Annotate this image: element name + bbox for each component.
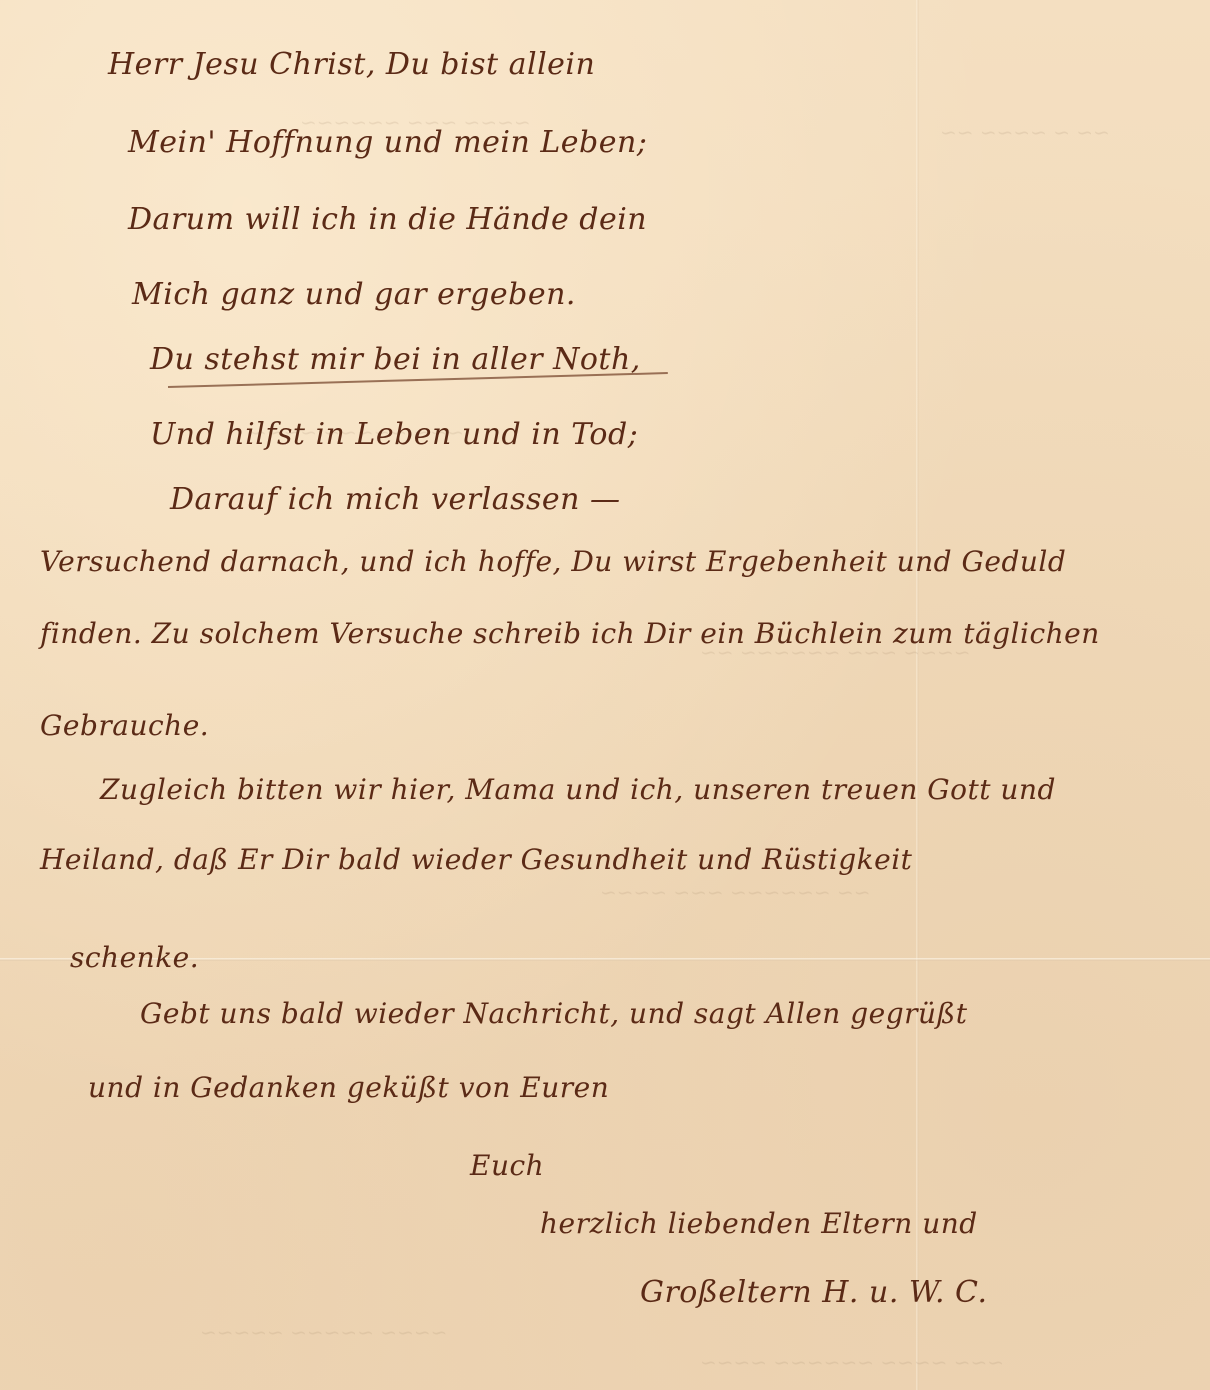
bleed-through-text: ~~~~ ~~~~~ ~~~~~ — [200, 1320, 447, 1344]
paragraph-2-line-2: Heiland, daß Er Dir bald wieder Gesundhe… — [40, 846, 912, 874]
bleed-through-text: ~~ ~ ~~~~ ~~ — [940, 120, 1110, 144]
closing-line-1: herzlich liebenden Eltern und — [540, 1210, 978, 1238]
bleed-through-text: ~~~ ~~~~ ~~~~~~ ~~~~ — [700, 1350, 1004, 1374]
paragraph-1-line-2: finden. Zu solchem Versuche schreib ich … — [40, 620, 1100, 648]
paper-fold-vertical — [916, 0, 919, 1390]
paragraph-1-line-3: Gebrauche. — [40, 712, 209, 740]
hymn-line-3: Darum will ich in die Hände dein — [128, 205, 647, 235]
hymn-line-7: Darauf ich mich verlassen — — [170, 485, 621, 515]
paragraph-3-line-1: Gebt uns bald wieder Nachricht, und sagt… — [140, 1000, 968, 1028]
hymn-line-1: Herr Jesu Christ, Du bist allein — [108, 50, 595, 80]
hymn-line-5: Du stehst mir bei in aller Noth, — [150, 345, 641, 375]
paragraph-2-line-3: schenke. — [70, 944, 199, 972]
hymn-line-6: Und hilfst in Leben und in Tod; — [150, 420, 638, 450]
letter-page: ~~ ~ ~~~~ ~~ ~~~~ ~~~ ~~~~~~ ~~~ ~~~~~ ~… — [0, 0, 1210, 1390]
paragraph-2-line-1: Zugleich bitten wir hier, Mama und ich, … — [100, 776, 1056, 804]
hymn-line-4: Mich ganz und gar ergeben. — [132, 280, 576, 310]
hymn-line-2: Mein' Hoffnung und mein Leben; — [128, 128, 647, 158]
paragraph-3-line-2: und in Gedanken geküßt von Euren — [88, 1074, 609, 1102]
paragraph-1-line-1: Versuchend darnach, und ich hoffe, Du wi… — [40, 548, 1066, 576]
bleed-through-text: ~~ ~~~~~~ ~~~ ~~~~ — [600, 880, 870, 904]
signature: Großeltern H. u. W. C. — [640, 1278, 987, 1308]
closing-word: Euch — [470, 1152, 544, 1180]
